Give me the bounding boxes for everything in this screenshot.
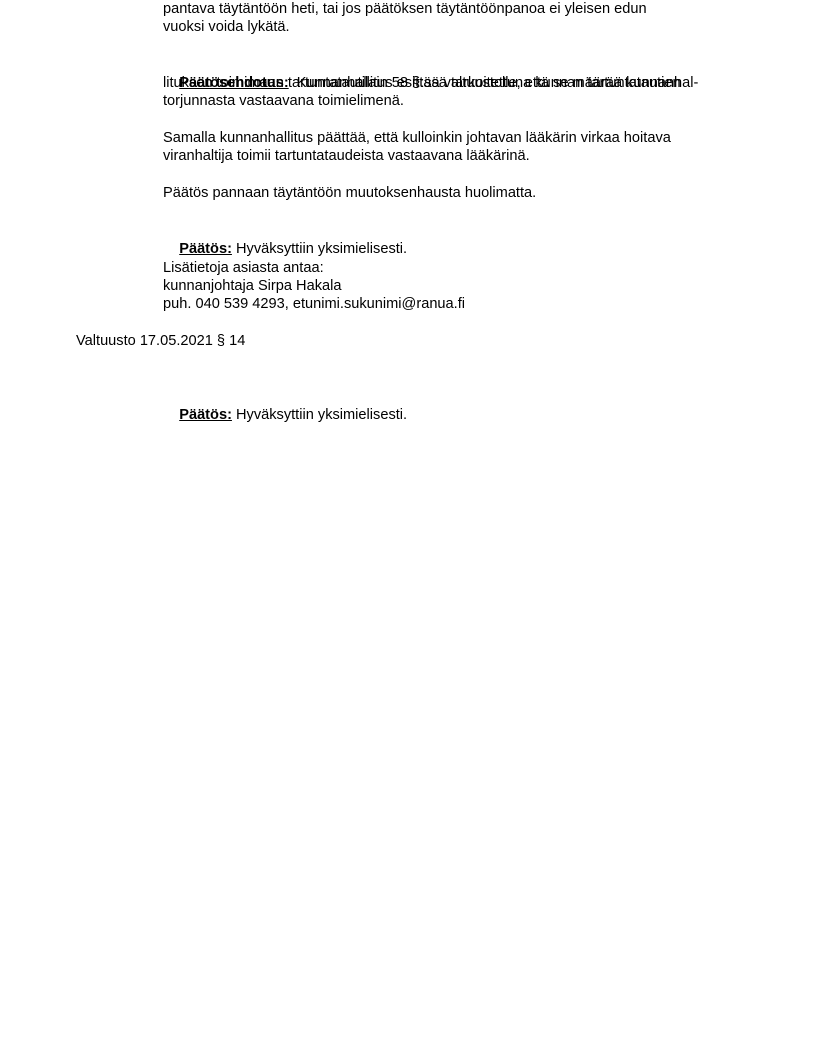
- council-section-heading: Valtuusto 17.05.2021 § 14: [76, 332, 245, 350]
- intro-line-1: pantava täytäntöön heti, tai jos päätöks…: [163, 0, 647, 18]
- board-decision-text: Hyväksyttiin yksimielisesti.: [232, 241, 407, 257]
- proposal-line-1: Päätösehdotus: Kunnanhallitus esittää va…: [163, 56, 698, 74]
- council-decision-text: Hyväksyttiin yksimielisesti.: [232, 407, 407, 423]
- intro-line-2: vuoksi voida lykätä.: [163, 18, 290, 36]
- proposal-line-3: torjunnasta vastaavana toimielimenä.: [163, 92, 404, 110]
- enforcement-text: Päätös pannaan täytäntöön muutoksenhaust…: [163, 184, 536, 202]
- proposal-line-2: lituksen toimimaan tartuntatautilain 58 …: [163, 74, 681, 92]
- contact-heading: Lisätietoja asiasta antaa:: [163, 259, 324, 277]
- contact-person: kunnanjohtaja Sirpa Hakala: [163, 277, 342, 295]
- council-decision-label: Päätös:: [179, 407, 232, 423]
- council-decision: Päätös: Hyväksyttiin yksimielisesti.: [163, 388, 407, 406]
- contact-details: puh. 040 539 4293, etunimi.sukunimi@ranu…: [163, 295, 465, 313]
- board-decision-label: Päätös:: [179, 241, 232, 257]
- board-decision: Päätös: Hyväksyttiin yksimielisesti.: [163, 222, 407, 240]
- additional-decision-line-2: viranhaltija toimii tartuntataudeista va…: [163, 147, 530, 165]
- additional-decision-line-1: Samalla kunnanhallitus päättää, että kul…: [163, 129, 671, 147]
